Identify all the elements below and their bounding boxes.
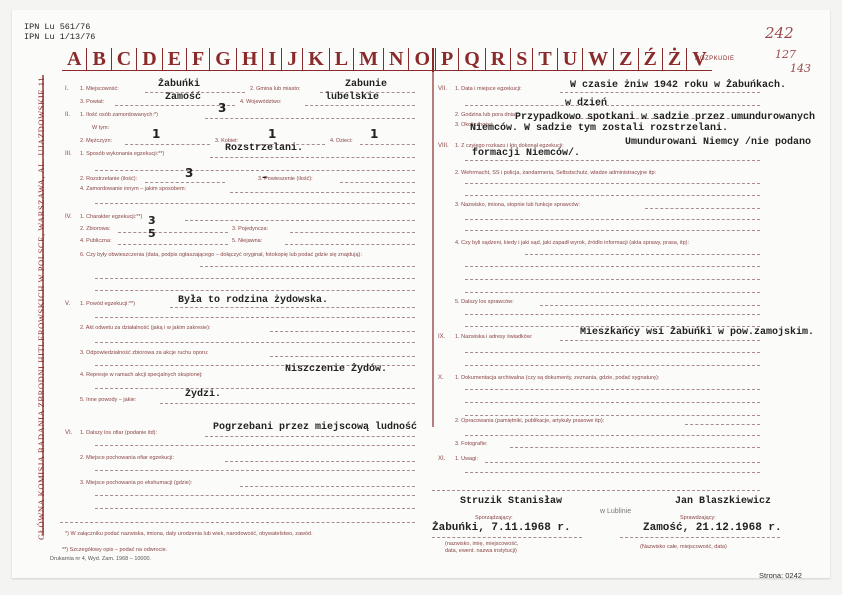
odpowiedzialnosc-label: 3. Odpowiedzialność zbiorowa za akcje ru… <box>80 350 208 356</box>
index-letter: L <box>330 48 354 70</box>
sposob-label: 1. Sposób wykonania egzekucji:**) <box>80 151 164 157</box>
line <box>285 244 415 245</box>
section-V-numeral: V. <box>65 301 70 307</box>
sporzadzil-note-1: (nazwisko, imię, miejscowość, <box>445 541 518 547</box>
index-letter: Ż <box>663 48 687 70</box>
rozpk-label: ROZPKUDIE <box>695 56 735 62</box>
center-fold-rule <box>432 72 434 427</box>
section-VIII-numeral: VIII. <box>438 143 449 149</box>
nazwiska-sprawcow-label: 3. Nazwisko, imiona, stopnie lub funkcje… <box>455 202 580 208</box>
index-letter: N <box>384 48 409 70</box>
miejscowosc-label: 1. Miejscowość: <box>80 86 119 92</box>
commission-side-text: GŁÓWNA KOMISJA BADANIA ZBRODNI HITLEROWS… <box>36 77 46 540</box>
swiadkowie-label: 1. Nazwiska i adresy świadków: <box>455 334 532 340</box>
line <box>465 415 760 416</box>
line <box>115 105 235 106</box>
sposob-value: Rozstrzelani. <box>225 143 303 154</box>
powod-label: 1. Powód egzekucji:**) <box>80 301 135 307</box>
pencil-page-number: 242 <box>765 24 794 42</box>
inne-powody-label: 5. Inne powody – jakie: <box>80 397 136 403</box>
header-divider <box>432 48 434 72</box>
dokumentacja-label: 1. Dokumentacja archiwalna (czy są dokum… <box>455 375 659 381</box>
line <box>95 290 415 291</box>
lublin-stamp: w Lublinie <box>600 508 631 515</box>
charakter-label: 1. Charakter egzekucji:**) <box>80 214 142 220</box>
index-letter: Ź <box>639 48 663 70</box>
sporzadzil-caption: Sporządzający: <box>475 515 513 521</box>
miejsce-ekshumacji-label: 3. Miejsce pochowania po ekshumacji (gdz… <box>80 480 192 486</box>
sporzadzil-name: Struzik Stanisław <box>460 496 562 507</box>
index-letter: S <box>511 48 533 70</box>
wehrmacht-label: 2. Wehrmacht, SS i policja, żandarmeria,… <box>455 170 656 176</box>
line <box>95 470 415 471</box>
line <box>465 314 760 315</box>
gmina-label: 2. Gmina lub miasto: <box>250 86 300 92</box>
pencil-note-1: 127 <box>775 48 796 61</box>
line <box>305 105 415 106</box>
w-tym-label: W tym: <box>92 125 109 131</box>
line <box>210 157 415 158</box>
line <box>620 537 780 538</box>
sprawdzil-note: (Nazwisko całe, miejscowość, data) <box>640 544 727 550</box>
line <box>95 495 415 496</box>
pora-dnia-value: w dzień <box>565 98 607 109</box>
line <box>240 486 415 487</box>
line <box>510 447 760 448</box>
index-letter: G <box>210 48 237 70</box>
line <box>560 340 760 341</box>
pencil-note-2: 143 <box>790 62 811 75</box>
line <box>465 279 760 280</box>
archive-ref-1: IPN Lu 561/76 <box>24 22 90 32</box>
index-letter: I <box>263 48 282 70</box>
index-letter: Z <box>614 48 638 70</box>
sporzadzil-note-2: data, ewent. nazwa instytucji) <box>445 548 517 554</box>
akt-odwetu-label: 2. Akt odwetu za działalność (jaką i w j… <box>80 325 211 331</box>
line <box>525 254 760 255</box>
section-VII-numeral: VII. <box>438 86 447 92</box>
line <box>145 182 225 183</box>
obwieszczenia-label: 6. Czy były obwieszczenia (data, podpis … <box>80 250 410 260</box>
line <box>465 195 760 196</box>
line <box>465 389 760 390</box>
sprawdzil-caption: Sprawdzający: <box>680 515 716 521</box>
swiadkowie-value: Mieszkańcy wsi Żabuńki w pow.zamojskim. <box>580 327 814 338</box>
line <box>685 424 760 425</box>
dalszy-los-ofiar-value: Pogrzebani przez miejscową ludność <box>213 422 417 433</box>
dzieci-label: 4. Dzieci: <box>330 138 353 144</box>
dalszy-los-sprawcow-label: 5. Dalszy los sprawców: <box>455 299 514 305</box>
line <box>205 436 415 437</box>
uwagi-label: 1. Uwagi: <box>455 456 478 462</box>
line <box>432 537 582 538</box>
line <box>118 232 228 233</box>
mezczyzn-label: 2. Mężczyzn: <box>80 138 112 144</box>
page-number: Strona: 0242 <box>759 571 802 580</box>
line <box>560 92 760 93</box>
index-letter: Q <box>459 48 486 70</box>
sporzadzil-place-date: Żabuńki, 7.11.1968 r. <box>432 522 571 534</box>
line <box>465 266 760 267</box>
sadzeni-label: 4. Czy byli sądzeni, kiedy i jaki sąd, j… <box>455 238 760 248</box>
line <box>340 182 415 183</box>
section-IX-numeral: IX. <box>438 334 445 340</box>
okolicznosci-line-2: Niemców. W sadzie tym zostali rozstrzela… <box>470 123 728 134</box>
line <box>465 435 760 436</box>
line <box>125 144 210 145</box>
sprawcy-line-2: formacji Niemców/. <box>472 148 580 159</box>
represje-label: 4. Represje w ramach akcji specjalnych s… <box>80 372 203 378</box>
index-letter: D <box>137 48 162 70</box>
powiat-value: Zamość <box>165 92 201 103</box>
printer-note: Drukarnia nr 4, Wyd. Zam. 1968 – 10000. <box>50 556 151 562</box>
line <box>465 160 760 161</box>
kobiet-value: 1 <box>268 127 276 141</box>
line <box>95 445 415 446</box>
line <box>432 490 760 491</box>
footnote-1: *) W załączniku podać nazwiska, imiona, … <box>65 530 410 538</box>
godzina-label: 2. Godzina lub pora dnia: <box>455 112 516 118</box>
line <box>465 352 760 353</box>
ilosc-label: 1. Ilość osób zamordowanych:*) <box>80 112 158 118</box>
sprawcy-line-1: Umundurowani Niemcy /nie podano <box>625 137 811 148</box>
line <box>465 183 760 184</box>
ilosc-value: 3 <box>218 101 226 115</box>
okolicznosci-line-1: Przypadkowo spotkani w sadzie przez umun… <box>515 112 815 123</box>
represje-value: Niszczenie Żydów. <box>285 364 387 375</box>
powiat-label: 3. Powiat: <box>80 99 104 105</box>
index-letter: E <box>163 48 187 70</box>
publiczna-value: 5 <box>148 227 156 240</box>
line <box>200 266 415 267</box>
zbiorowa-value: 3 <box>148 214 156 227</box>
alphabet-index: ABCDEFGHIJKLMNOPQRSTUWZŹŻV <box>62 48 712 71</box>
data-egzekucji-label: 1. Data i miejsce egzekucji: <box>455 86 522 92</box>
index-letter: P <box>436 48 459 70</box>
index-letter: R <box>486 48 511 70</box>
line <box>170 307 415 308</box>
line <box>270 331 415 332</box>
publiczna-label: 4. Publiczna: <box>80 238 112 244</box>
opracowania-label: 2. Opracowania (pamiętniki, publikacje, … <box>455 418 604 424</box>
miejsce-pochowania-label: 2. Miejsce pochowania ofiar egzekucji: <box>80 455 174 461</box>
line <box>95 342 415 343</box>
line <box>645 208 760 209</box>
sprawdzil-name: Jan Blaszkiewicz <box>675 496 771 507</box>
dzieci-value: 1 <box>370 127 378 141</box>
line <box>95 203 415 204</box>
index-letter: B <box>87 48 111 70</box>
line <box>95 278 415 279</box>
gmina-value: Zabunie <box>345 79 387 90</box>
line <box>95 508 415 509</box>
document-sheet <box>12 10 830 578</box>
zbiorowa-label: 2. Zbiorowa: <box>80 226 110 232</box>
line <box>465 230 760 231</box>
line <box>95 170 415 171</box>
line <box>360 144 415 145</box>
sprawdzil-place-date: Zamość, 21.12.1968 r. <box>643 522 782 534</box>
line <box>118 244 228 245</box>
footnote-2: **) Szczegółowy opis – podać na odwrocie… <box>62 547 167 553</box>
archive-ref-2: IPN Lu 1/13/76 <box>24 32 95 42</box>
wojewodztwo-label: 4. Województwo: <box>240 99 281 105</box>
section-VI-numeral: VI. <box>65 430 72 436</box>
line <box>230 192 415 193</box>
section-XI-numeral: XI. <box>438 456 445 462</box>
index-letter: T <box>533 48 557 70</box>
data-egzekucji-value: W czasie żniw 1942 roku w Żabuńkach. <box>570 80 786 91</box>
index-letter: K <box>303 48 330 70</box>
inny-sposob-label: 4. Zamordowanie innym – jakim sposobem: <box>80 186 186 192</box>
inne-powody-value: Żydzi. <box>185 389 221 400</box>
line <box>485 462 760 463</box>
line <box>95 388 415 389</box>
powieszenie-value: – <box>262 172 267 183</box>
mezczyzn-value: 1 <box>152 127 160 141</box>
line <box>465 402 760 403</box>
index-letter: H <box>237 48 264 70</box>
line <box>465 292 760 293</box>
line <box>95 317 415 318</box>
rozstrzelanie-value: 3 <box>185 166 193 180</box>
index-letter: M <box>354 48 384 70</box>
line <box>205 118 415 119</box>
line <box>465 365 760 366</box>
index-letter: J <box>282 48 303 70</box>
index-letter: U <box>558 48 583 70</box>
miejscowosc-value: Żabuńki <box>158 79 200 90</box>
dalszy-los-ofiar-label: 1. Dalszy los ofiar (podanie itd): <box>80 430 157 436</box>
index-letter: C <box>112 48 137 70</box>
pojedyncza-label: 3. Pojedyncza: <box>232 226 268 232</box>
line <box>290 232 415 233</box>
powod-value: Była to rodzina żydowska. <box>178 295 328 306</box>
line <box>465 105 760 106</box>
niejawna-label: 5. Niejawna: <box>232 238 262 244</box>
line <box>465 219 760 220</box>
line <box>225 461 415 462</box>
wojewodztwo-value: lubelskie <box>325 92 379 103</box>
line <box>465 472 760 473</box>
line <box>185 220 415 221</box>
section-X-numeral: X. <box>438 375 444 381</box>
section-II-numeral: II. <box>65 112 70 118</box>
rozstrzelanie-label: 2. Rozstrzelanie (ilość): <box>80 176 137 182</box>
index-letter: A <box>62 48 87 70</box>
line <box>270 356 415 357</box>
line <box>60 522 415 523</box>
fotografie-label: 3. Fotografie: <box>455 441 487 447</box>
section-I-numeral: I. <box>65 86 68 92</box>
line <box>540 305 760 306</box>
section-III-numeral: III. <box>65 151 72 157</box>
line <box>160 403 415 404</box>
section-IV-numeral: IV. <box>65 214 72 220</box>
index-letter: W <box>583 48 614 70</box>
index-letter: F <box>187 48 210 70</box>
